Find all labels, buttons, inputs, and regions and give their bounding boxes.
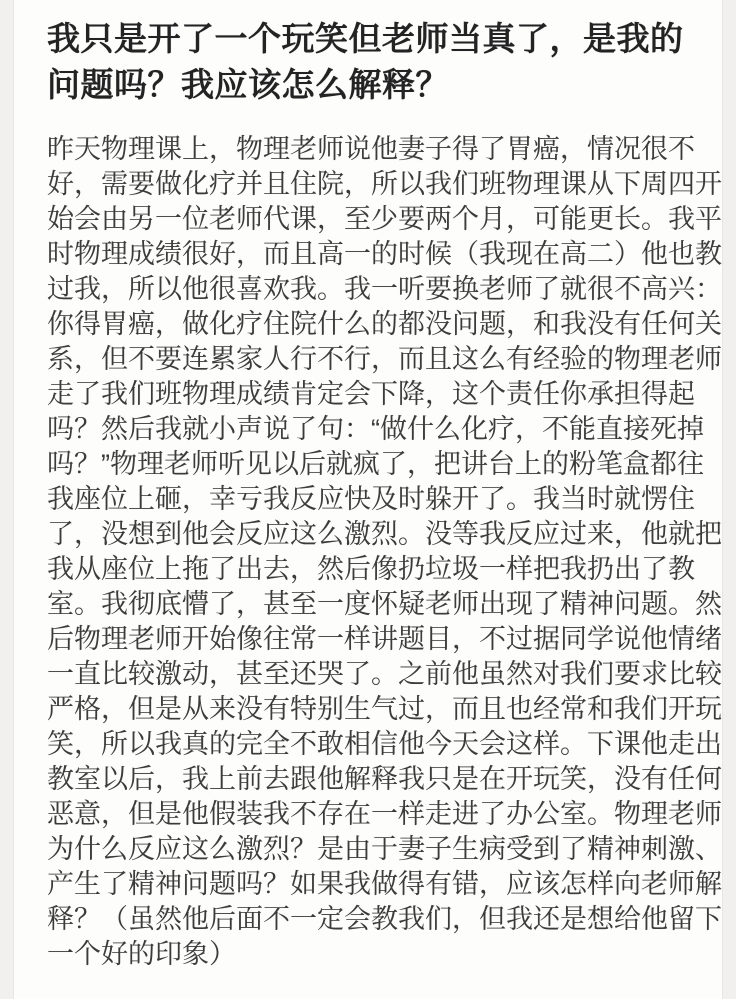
post-body-line: 始会由另一位老师代课，至少要两个月，可能更长。我平 bbox=[47, 202, 722, 237]
post-body-line: 系，但不要连累家人行不行，而且这么有经验的物理老师 bbox=[47, 342, 722, 377]
post-body-line: 昨天物理课上，物理老师说他妻子得了胃癌，情况很不 bbox=[47, 132, 722, 167]
post-body-line: 吗？然后我就小声说了句：“做什么化疗，不能直接死掉 bbox=[47, 412, 722, 447]
post-body-line: 我从座位上拖了出去，然后像扔垃圾一样把我扔出了教 bbox=[47, 552, 722, 587]
post-body-line: 笑，所以我真的完全不敢相信他今天会这样。下课他走出 bbox=[47, 727, 722, 762]
post-body-line: 后物理老师开始像往常一样讲题目，不过据同学说他情绪 bbox=[47, 622, 722, 657]
post-body-line: 一直比较激动，甚至还哭了。之前他虽然对我们要求比较 bbox=[47, 657, 722, 692]
post-body-line: 过我，所以他很喜欢我。我一听要换老师了就很不高兴： bbox=[47, 272, 722, 307]
post-body-line: 时物理成绩很好，而且高一的时候（我现在高二）他也教 bbox=[47, 237, 722, 272]
post-body-line: 吗？”物理老师听见以后就疯了，把讲台上的粉笔盒都往 bbox=[47, 447, 722, 482]
post-title-line: 问题吗？我应该怎么解释？ bbox=[47, 62, 722, 108]
post-body: 昨天物理课上，物理老师说他妻子得了胃癌，情况很不 好，需要做化疗并且住院，所以我… bbox=[47, 132, 722, 972]
post-body-line: 释？（虽然他后面不一定会教我们，但我还是想给他留下 bbox=[47, 902, 722, 937]
post-body-line: 室。我彻底懵了，甚至一度怀疑老师出现了精神问题。然 bbox=[47, 587, 722, 622]
post-title-line: 我只是开了一个玩笑但老师当真了，是我的 bbox=[47, 16, 722, 62]
post-content-panel: 我只是开了一个玩笑但老师当真了，是我的 问题吗？我应该怎么解释？ 昨天物理课上，… bbox=[13, 0, 723, 999]
screenshot-canvas: 我只是开了一个玩笑但老师当真了，是我的 问题吗？我应该怎么解释？ 昨天物理课上，… bbox=[0, 0, 736, 999]
post-body-line: 走了我们班物理成绩肯定会下降，这个责任你承担得起 bbox=[47, 377, 722, 412]
post-body-line: 产生了精神问题吗？如果我做得有错，应该怎样向老师解 bbox=[47, 867, 722, 902]
post-body-line: 为什么反应这么激烈？是由于妻子生病受到了精神刺激、 bbox=[47, 832, 722, 867]
post-body-line: 了，没想到他会反应这么激烈。没等我反应过来，他就把 bbox=[47, 517, 722, 552]
post-body-line: 严格，但是从来没有特别生气过，而且也经常和我们开玩 bbox=[47, 692, 722, 727]
post-body-line: 我座位上砸，幸亏我反应快及时躲开了。我当时就愣住 bbox=[47, 482, 722, 517]
post-body-line: 恶意，但是他假装我不存在一样走进了办公室。物理老师 bbox=[47, 797, 722, 832]
post-title: 我只是开了一个玩笑但老师当真了，是我的 问题吗？我应该怎么解释？ bbox=[47, 16, 722, 108]
post-body-line: 好，需要做化疗并且住院，所以我们班物理课从下周四开 bbox=[47, 167, 722, 202]
post-body-line: 你得胃癌，做化疗住院什么的都没问题，和我没有任何关 bbox=[47, 307, 722, 342]
post-body-line: 教室以后，我上前去跟他解释我只是在开玩笑，没有任何 bbox=[47, 762, 722, 797]
post-body-line: 一个好的印象） bbox=[47, 937, 722, 972]
